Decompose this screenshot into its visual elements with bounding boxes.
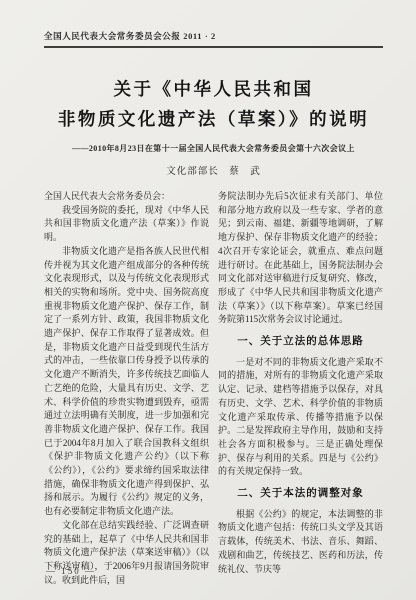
section-heading-2: 二、关于本法的调整对象: [218, 487, 383, 501]
document-title-line-1: 关于《中华人民共和国: [44, 74, 383, 104]
page-number: — 150 —: [46, 566, 96, 576]
body-columns: 全国人民代表大会常务委员会： 我受国务院的委托，现对《中华人民共和国非物质文化遗…: [44, 190, 383, 587]
left-column: 全国人民代表大会常务委员会： 我受国务院的委托，现对《中华人民共和国非物质文化遗…: [44, 190, 209, 587]
paragraph-background: 非物质文化遗产是指各族人民世代相传并视为其文化遗产组成部分的各种传统文化表现形式…: [44, 245, 209, 519]
section-2-body: 根据《公约》的规定，本法调整的非物质文化遗产包括：传统口头文学及其语言载体，传统…: [218, 508, 383, 577]
section-1-body: 一是对不同的非物质文化遗产采取不同的措施，对所有的非物质文化遗产采取认定、记录、…: [218, 356, 383, 479]
salutation: 全国人民代表大会常务委员会：: [44, 190, 209, 204]
document-title-line-2: 非物质文化遗产法（草案）》的说明: [44, 104, 383, 134]
document-subtitle: ——2010年8月23日在第十一届全国人民代表大会常务委员会第十六次会议上: [44, 143, 383, 154]
paragraph-drafting: 文化部在总结实践经验、广泛调查研究的基础上，起草了《中华人民共和国非物质文化遗产…: [44, 519, 209, 588]
document-title: 关于《中华人民共和国 非物质文化遗产法（草案）》的说明: [44, 74, 383, 134]
scanned-page: 全国人民代表大会常务委员会公报 2011 · 2 关于《中华人民共和国 非物质文…: [0, 0, 416, 600]
document-author: 文化部部长 蔡 武: [44, 163, 383, 177]
paragraph-continuation: 务院法制办先后5次征求有关部门、单位和部分地方政府以及一些专家、学者的意见；到云…: [218, 190, 383, 327]
section-heading-1: 一、关于立法的总体思路: [218, 335, 383, 349]
gazette-header: 全国人民代表大会常务委员会公报 2011 · 2: [44, 30, 383, 48]
paragraph-intro: 我受国务院的委托，现对《中华人民共和国非物质文化遗产法（草案）》作说明。: [44, 204, 209, 245]
right-column: 务院法制办先后5次征求有关部门、单位和部分地方政府以及一些专家、学者的意见；到云…: [218, 190, 383, 587]
page-content: 全国人民代表大会常务委员会公报 2011 · 2 关于《中华人民共和国 非物质文…: [0, 0, 416, 587]
